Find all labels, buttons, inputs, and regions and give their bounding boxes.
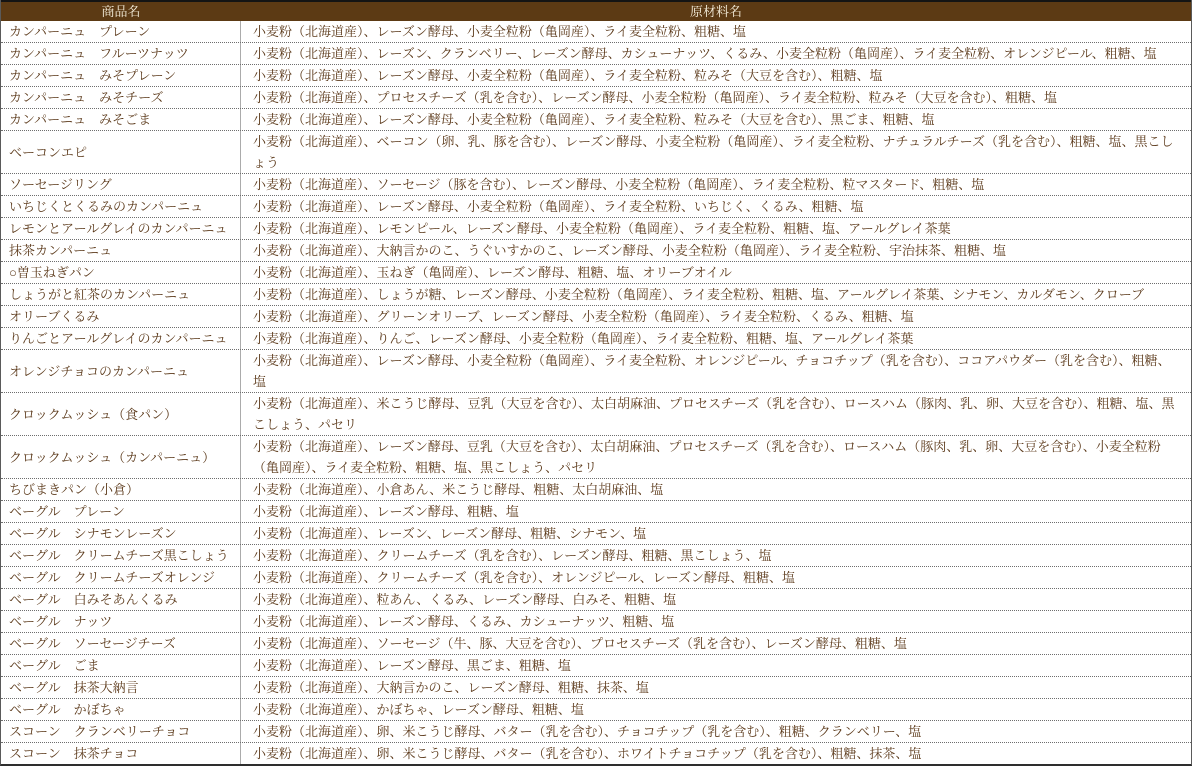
column-header-ingredients: 原材料名 bbox=[241, 2, 1191, 21]
table-row: 抹茶カンパーニュ 小麦粉（北海道産）、大納言かのこ、うぐいすかのこ、レーズン酵母… bbox=[1, 239, 1191, 261]
table-row: ベーコンエピ 小麦粉（北海道産）、ベーコン（卵、乳、豚を含む）、レーズン酵母、小… bbox=[1, 130, 1191, 173]
product-name-cell: ベーグル プレーン bbox=[1, 501, 241, 522]
ingredients-cell: 小麦粉（北海道産）、レーズン酵母、くるみ、カシューナッツ、粗糖、塩 bbox=[241, 611, 1191, 632]
ingredients-cell: 小麦粉（北海道産）、玉ねぎ（亀岡産）、レーズン酵母、粗糖、塩、オリーブオイル bbox=[241, 262, 1191, 283]
product-name-cell: ベーコンエピ bbox=[1, 131, 241, 173]
ingredients-cell: 小麦粉（北海道産）、卵、米こうじ酵母、バター（乳を含む）、ホワイトチョコチップ（… bbox=[241, 743, 1191, 764]
product-name-cell: カンパーニュ プレーン bbox=[1, 21, 241, 42]
table-row: オレンジチョコのカンパーニュ 小麦粉（北海道産）、レーズン酵母、小麦全粒粉（亀岡… bbox=[1, 349, 1191, 392]
product-name-cell: スコーン クランベリーチョコ bbox=[1, 721, 241, 742]
table-row: カンパーニュ みそプレーン 小麦粉（北海道産）、レーズン酵母、小麦全粒粉（亀岡産… bbox=[1, 64, 1191, 86]
product-name-cell: ベーグル ソーセージチーズ bbox=[1, 633, 241, 654]
table-row: スコーン 抹茶チョコ 小麦粉（北海道産）、卵、米こうじ酵母、バター（乳を含む）、… bbox=[1, 742, 1191, 764]
table-body: カンパーニュ プレーン 小麦粉（北海道産）、レーズン酵母、小麦全粒粉（亀岡産）、… bbox=[1, 21, 1191, 764]
ingredients-cell: 小麦粉（北海道産）、レーズン酵母、豆乳（大豆を含む）、太白胡麻油、プロセスチーズ… bbox=[241, 436, 1191, 478]
table-row: ソーセージリング 小麦粉（北海道産）、ソーセージ（豚を含む）、レーズン酵母、小麦… bbox=[1, 173, 1191, 195]
product-name-cell: りんごとアールグレイのカンパーニュ bbox=[1, 328, 241, 349]
product-name-cell: ベーグル シナモンレーズン bbox=[1, 523, 241, 544]
ingredients-cell: 小麦粉（北海道産）、レーズン酵母、小麦全粒粉（亀岡産）、ライ麦全粒粉、いちじく、… bbox=[241, 196, 1191, 217]
product-name-cell: ベーグル かぼちゃ bbox=[1, 699, 241, 720]
product-name-cell: ソーセージリング bbox=[1, 174, 241, 195]
ingredients-cell: 小麦粉（北海道産）、かぼちゃ、レーズン酵母、粗糖、塩 bbox=[241, 699, 1191, 720]
table-row: カンパーニュ プレーン 小麦粉（北海道産）、レーズン酵母、小麦全粒粉（亀岡産）、… bbox=[1, 21, 1191, 42]
table-row: ベーグル 抹茶大納言 小麦粉（北海道産）、大納言かのこ、レーズン酵母、粗糖、抹茶… bbox=[1, 676, 1191, 698]
ingredients-cell: 小麦粉（北海道産）、しょうが糖、レーズン酵母、小麦全粒粉（亀岡産）、ライ麦全粒粉… bbox=[241, 284, 1191, 305]
ingredients-cell: 小麦粉（北海道産）、レーズン酵母、粗糖、塩 bbox=[241, 501, 1191, 522]
product-name-cell: ベーグル 抹茶大納言 bbox=[1, 677, 241, 698]
table-row: りんごとアールグレイのカンパーニュ 小麦粉（北海道産）、りんご、レーズン酵母、小… bbox=[1, 327, 1191, 349]
product-name-cell: ベーグル ナッツ bbox=[1, 611, 241, 632]
ingredients-cell: 小麦粉（北海道産）、ベーコン（卵、乳、豚を含む）、レーズン酵母、小麦全粒粉（亀岡… bbox=[241, 131, 1191, 173]
product-name-cell: ○曽玉ねぎパン bbox=[1, 262, 241, 283]
product-name-cell: レモンとアールグレイのカンパーニュ bbox=[1, 218, 241, 239]
ingredients-cell: 小麦粉（北海道産）、レーズン酵母、黒ごま、粗糖、塩 bbox=[241, 655, 1191, 676]
table-row: クロックムッシュ（食パン） 小麦粉（北海道産）、米こうじ酵母、豆乳（大豆を含む）… bbox=[1, 392, 1191, 435]
ingredients-cell: 小麦粉（北海道産）、クリームチーズ（乳を含む）、レーズン酵母、粗糖、黒こしょう、… bbox=[241, 545, 1191, 566]
table-row: ちびまきパン（小倉） 小麦粉（北海道産）、小倉あん、米こうじ酵母、粗糖、太白胡麻… bbox=[1, 478, 1191, 500]
product-name-cell: ベーグル クリームチーズオレンジ bbox=[1, 567, 241, 588]
column-header-product-name: 商品名 bbox=[1, 2, 241, 21]
ingredients-cell: 小麦粉（北海道産）、プロセスチーズ（乳を含む）、レーズン酵母、小麦全粒粉（亀岡産… bbox=[241, 87, 1191, 108]
product-name-cell: ベーグル 白みそあんくるみ bbox=[1, 589, 241, 610]
ingredients-cell: 小麦粉（北海道産）、ソーセージ（牛、豚、大豆を含む）、プロセスチーズ（乳を含む）… bbox=[241, 633, 1191, 654]
product-name-cell: ちびまきパン（小倉） bbox=[1, 479, 241, 500]
table-row: ベーグル かぼちゃ 小麦粉（北海道産）、かぼちゃ、レーズン酵母、粗糖、塩 bbox=[1, 698, 1191, 720]
product-name-cell: いちじくとくるみのカンパーニュ bbox=[1, 196, 241, 217]
table-row: ベーグル プレーン 小麦粉（北海道産）、レーズン酵母、粗糖、塩 bbox=[1, 500, 1191, 522]
table-row: クロックムッシュ（カンパーニュ） 小麦粉（北海道産）、レーズン酵母、豆乳（大豆を… bbox=[1, 435, 1191, 478]
table-row: カンパーニュ フルーツナッツ 小麦粉（北海道産）、レーズン、クランベリー、レーズ… bbox=[1, 42, 1191, 64]
ingredients-cell: 小麦粉（北海道産）、小倉あん、米こうじ酵母、粗糖、太白胡麻油、塩 bbox=[241, 479, 1191, 500]
table-row: いちじくとくるみのカンパーニュ 小麦粉（北海道産）、レーズン酵母、小麦全粒粉（亀… bbox=[1, 195, 1191, 217]
product-name-cell: ベーグル クリームチーズ黒こしょう bbox=[1, 545, 241, 566]
product-name-cell: クロックムッシュ（食パン） bbox=[1, 393, 241, 435]
table-header-row: 商品名 原材料名 bbox=[1, 0, 1191, 21]
product-name-cell: カンパーニュ みそプレーン bbox=[1, 65, 241, 86]
table-row: カンパーニュ みそごま 小麦粉（北海道産）、レーズン酵母、小麦全粒粉（亀岡産）、… bbox=[1, 108, 1191, 130]
product-name-cell: カンパーニュ フルーツナッツ bbox=[1, 43, 241, 64]
table-row: ベーグル ソーセージチーズ 小麦粉（北海道産）、ソーセージ（牛、豚、大豆を含む）… bbox=[1, 632, 1191, 654]
ingredients-cell: 小麦粉（北海道産）、クリームチーズ（乳を含む）、オレンジピール、レーズン酵母、粗… bbox=[241, 567, 1191, 588]
ingredients-cell: 小麦粉（北海道産）、レーズン酵母、小麦全粒粉（亀岡産）、ライ麦全粒粉、粒みそ（大… bbox=[241, 65, 1191, 86]
table-row: ベーグル 白みそあんくるみ 小麦粉（北海道産）、粒あん、くるみ、レーズン酵母、白… bbox=[1, 588, 1191, 610]
product-name-cell: カンパーニュ みそごま bbox=[1, 109, 241, 130]
table-row: ベーグル シナモンレーズン 小麦粉（北海道産）、レーズン、レーズン酵母、粗糖、シ… bbox=[1, 522, 1191, 544]
ingredients-cell: 小麦粉（北海道産）、粒あん、くるみ、レーズン酵母、白みそ、粗糖、塩 bbox=[241, 589, 1191, 610]
ingredients-cell: 小麦粉（北海道産）、グリーンオリーブ、レーズン酵母、小麦全粒粉（亀岡産）、ライ麦… bbox=[241, 306, 1191, 327]
product-name-cell: しょうがと紅茶のカンパーニュ bbox=[1, 284, 241, 305]
product-name-cell: 抹茶カンパーニュ bbox=[1, 240, 241, 261]
product-name-cell: カンパーニュ みそチーズ bbox=[1, 87, 241, 108]
table-row: ベーグル ナッツ 小麦粉（北海道産）、レーズン酵母、くるみ、カシューナッツ、粗糖… bbox=[1, 610, 1191, 632]
ingredients-cell: 小麦粉（北海道産）、レーズン、レーズン酵母、粗糖、シナモン、塩 bbox=[241, 523, 1191, 544]
ingredients-cell: 小麦粉（北海道産）、りんご、レーズン酵母、小麦全粒粉（亀岡産）、ライ麦全粒粉、粗… bbox=[241, 328, 1191, 349]
ingredients-cell: 小麦粉（北海道産）、卵、米こうじ酵母、バター（乳を含む）、チョコチップ（乳を含む… bbox=[241, 721, 1191, 742]
product-name-cell: ベーグル ごま bbox=[1, 655, 241, 676]
table-row: スコーン クランベリーチョコ 小麦粉（北海道産）、卵、米こうじ酵母、バター（乳を… bbox=[1, 720, 1191, 742]
product-name-cell: オリーブくるみ bbox=[1, 306, 241, 327]
table-row: ベーグル クリームチーズ黒こしょう 小麦粉（北海道産）、クリームチーズ（乳を含む… bbox=[1, 544, 1191, 566]
table-row: ○曽玉ねぎパン 小麦粉（北海道産）、玉ねぎ（亀岡産）、レーズン酵母、粗糖、塩、オ… bbox=[1, 261, 1191, 283]
ingredients-table: 商品名 原材料名 カンパーニュ プレーン 小麦粉（北海道産）、レーズン酵母、小麦… bbox=[0, 0, 1192, 766]
ingredients-cell: 小麦粉（北海道産）、レーズン酵母、小麦全粒粉（亀岡産）、ライ麦全粒粉、粒みそ（大… bbox=[241, 109, 1191, 130]
ingredients-cell: 小麦粉（北海道産）、レーズン酵母、小麦全粒粉（亀岡産）、ライ麦全粒粉、粗糖、塩 bbox=[241, 21, 1191, 42]
product-name-cell: スコーン 抹茶チョコ bbox=[1, 743, 241, 764]
table-row: しょうがと紅茶のカンパーニュ 小麦粉（北海道産）、しょうが糖、レーズン酵母、小麦… bbox=[1, 283, 1191, 305]
ingredients-cell: 小麦粉（北海道産）、レモンピール、レーズン酵母、小麦全粒粉（亀岡産）、ライ麦全粒… bbox=[241, 218, 1191, 239]
product-name-cell: クロックムッシュ（カンパーニュ） bbox=[1, 436, 241, 478]
table-row: ベーグル ごま 小麦粉（北海道産）、レーズン酵母、黒ごま、粗糖、塩 bbox=[1, 654, 1191, 676]
table-row: オリーブくるみ 小麦粉（北海道産）、グリーンオリーブ、レーズン酵母、小麦全粒粉（… bbox=[1, 305, 1191, 327]
table-row: ベーグル クリームチーズオレンジ 小麦粉（北海道産）、クリームチーズ（乳を含む）… bbox=[1, 566, 1191, 588]
ingredients-cell: 小麦粉（北海道産）、ソーセージ（豚を含む）、レーズン酵母、小麦全粒粉（亀岡産）、… bbox=[241, 174, 1191, 195]
table-row: カンパーニュ みそチーズ 小麦粉（北海道産）、プロセスチーズ（乳を含む）、レーズ… bbox=[1, 86, 1191, 108]
ingredients-cell: 小麦粉（北海道産）、レーズン、クランベリー、レーズン酵母、カシューナッツ、くるみ… bbox=[241, 43, 1191, 64]
ingredients-cell: 小麦粉（北海道産）、大納言かのこ、うぐいすかのこ、レーズン酵母、小麦全粒粉（亀岡… bbox=[241, 240, 1191, 261]
ingredients-cell: 小麦粉（北海道産）、米こうじ酵母、豆乳（大豆を含む）、太白胡麻油、プロセスチーズ… bbox=[241, 393, 1191, 435]
ingredients-cell: 小麦粉（北海道産）、レーズン酵母、小麦全粒粉（亀岡産）、ライ麦全粒粉、オレンジピ… bbox=[241, 350, 1191, 392]
table-row: レモンとアールグレイのカンパーニュ 小麦粉（北海道産）、レモンピール、レーズン酵… bbox=[1, 217, 1191, 239]
ingredients-cell: 小麦粉（北海道産）、大納言かのこ、レーズン酵母、粗糖、抹茶、塩 bbox=[241, 677, 1191, 698]
product-name-cell: オレンジチョコのカンパーニュ bbox=[1, 350, 241, 392]
